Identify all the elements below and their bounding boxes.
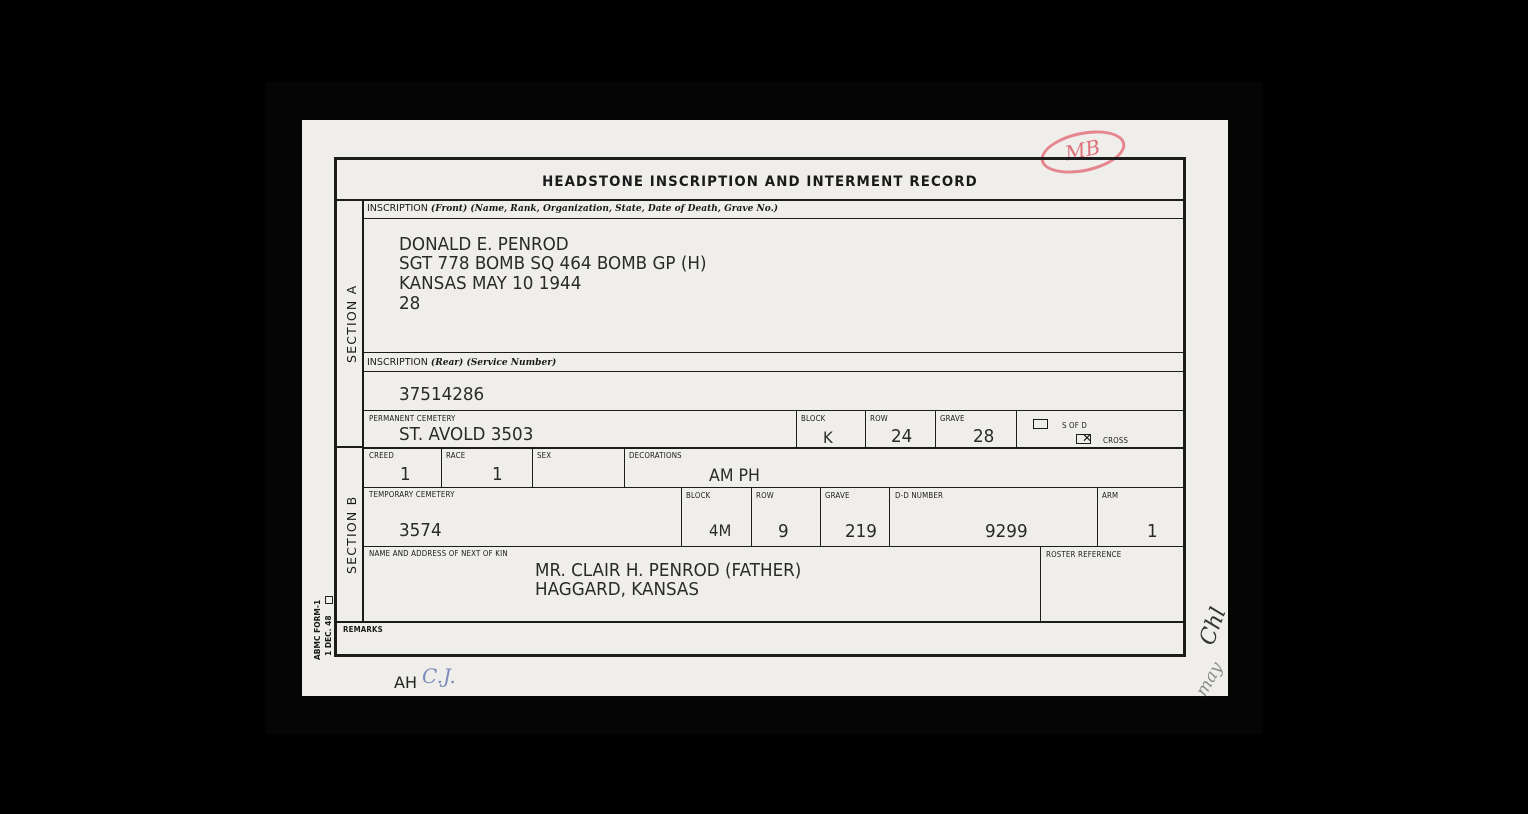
- s-of-d-checkbox[interactable]: [1033, 419, 1048, 429]
- dd-number-label: D-D NUMBER: [895, 491, 943, 500]
- bottom-signature: C.J.: [422, 664, 456, 688]
- form-identifier: ABMC FORM-1: [313, 600, 322, 660]
- permanent-cemetery-value: ST. AVOLD 3503: [399, 424, 533, 445]
- section-a-label: SECTION A: [344, 285, 359, 363]
- perm-grave-value: 28: [973, 426, 994, 447]
- perm-grave-label: GRAVE: [940, 414, 965, 423]
- race-label: RACE: [446, 451, 465, 460]
- bottom-initials: AH: [394, 673, 417, 692]
- inscription-front-label: INSCRIPTION (Front) (Name, Rank, Organiz…: [367, 203, 778, 214]
- dd-number-value: 9299: [985, 521, 1028, 542]
- roster-reference-label: ROSTER REFERENCE: [1046, 550, 1121, 559]
- next-of-kin-label: NAME AND ADDRESS OF NEXT OF KIN: [369, 549, 508, 558]
- perm-block-label: BLOCK: [801, 414, 825, 423]
- temp-grave-value: 219: [845, 521, 877, 542]
- inscription-rear-label: INSCRIPTION (Rear) (Service Number): [367, 357, 556, 368]
- perm-row-value: 24: [891, 426, 912, 447]
- sex-label: SEX: [537, 451, 551, 460]
- form-date: 1 DEC. 48: [324, 615, 333, 656]
- next-of-kin-address: HAGGARD, KANSAS: [535, 579, 699, 600]
- cross-checkbox[interactable]: ✕: [1076, 434, 1091, 444]
- remarks-label: REMARKS: [343, 625, 383, 634]
- creed-label: CREED: [369, 451, 394, 460]
- decorations-label: DECORATIONS: [629, 451, 682, 460]
- temporary-cemetery-value: 3574: [399, 520, 442, 541]
- form-checkbox: [325, 596, 333, 604]
- permanent-cemetery-label: PERMANENT CEMETERY: [369, 414, 456, 423]
- cross-label: CROSS: [1103, 436, 1128, 445]
- temp-block-value: 4M: [709, 521, 731, 540]
- creed-value: 1: [400, 464, 411, 485]
- inscription-line-name: DONALD E. PENROD: [399, 234, 569, 255]
- section-b-label: SECTION B: [344, 496, 359, 574]
- divider: [337, 199, 1183, 201]
- arm-label: ARM: [1102, 491, 1118, 500]
- next-of-kin-name: MR. CLAIR H. PENROD (FATHER): [535, 560, 801, 581]
- race-value: 1: [492, 464, 503, 485]
- temp-grave-label: GRAVE: [825, 491, 850, 500]
- inscription-line-rank-unit: SGT 778 BOMB SQ 464 BOMB GP (H): [399, 253, 706, 274]
- temp-row-value: 9: [778, 521, 789, 542]
- service-number: 37514286: [399, 384, 484, 405]
- perm-block-value: K: [823, 428, 833, 447]
- temp-block-label: BLOCK: [686, 491, 710, 500]
- checkmark-x-icon: ✕: [1082, 431, 1092, 445]
- perm-row-label: ROW: [870, 414, 888, 423]
- inscription-line-grave: 28: [399, 293, 420, 314]
- temp-row-label: ROW: [756, 491, 774, 500]
- temporary-cemetery-label: TEMPORARY CEMETERY: [369, 490, 455, 499]
- arm-value: 1: [1147, 521, 1158, 542]
- s-of-d-label: S OF D: [1062, 421, 1087, 430]
- form-title: HEADSTONE INSCRIPTION AND INTERMENT RECO…: [371, 174, 1149, 190]
- decorations-value: AM PH: [709, 466, 760, 486]
- record-form: HEADSTONE INSCRIPTION AND INTERMENT RECO…: [334, 157, 1186, 657]
- inscription-line-state-date: KANSAS MAY 10 1944: [399, 273, 581, 294]
